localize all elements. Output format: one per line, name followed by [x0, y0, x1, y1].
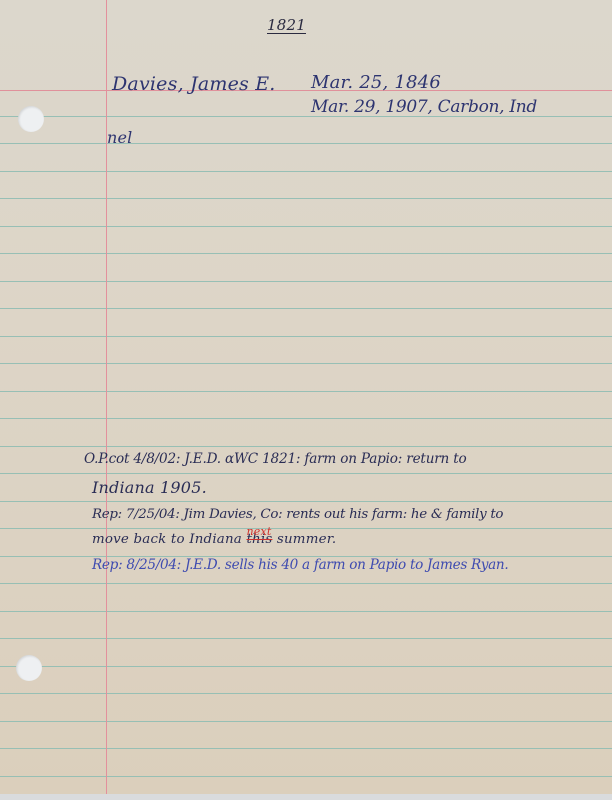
binder-hole: [18, 106, 44, 132]
note-2-line-2: move back to Indiana this next summer.: [92, 532, 336, 547]
ruled-line: [0, 143, 612, 144]
ruled-line: [0, 501, 612, 502]
binder-hole: [16, 655, 42, 681]
note-1-line-2: Indiana 1905.: [92, 478, 207, 497]
ruled-line: [0, 308, 612, 309]
record-note: nel: [107, 128, 133, 147]
note-3-line-1: Rep: 8/25/04: J.E.D. sells his 40 a farm…: [92, 557, 508, 573]
ruled-line: [0, 638, 612, 639]
page-title: 1821: [267, 16, 306, 34]
note-2-line-2-after: summer.: [277, 532, 336, 547]
ruled-line: [0, 528, 612, 529]
notebook-page: 1821 Davies, James E. Mar. 25, 1846 Mar.…: [0, 0, 612, 794]
ruled-line: [0, 363, 612, 364]
ruled-line: [0, 776, 612, 777]
ruled-line: [0, 226, 612, 227]
scan-edge: [0, 794, 612, 800]
ruled-line: [0, 721, 612, 722]
header-rule: [0, 90, 612, 91]
ruled-line: [0, 446, 612, 447]
ruled-line: [0, 171, 612, 172]
ruled-line: [0, 583, 612, 584]
note-2-line-1: Rep: 7/25/04: Jim Davies, Co: rents out …: [92, 507, 503, 522]
ruled-line: [0, 281, 612, 282]
death-date-place: Mar. 29, 1907, Carbon, Ind: [311, 97, 537, 117]
ruled-line: [0, 336, 612, 337]
record-name: Davies, James E.: [112, 73, 276, 95]
ruled-line: [0, 418, 612, 419]
note-2-line-2-before: move back to Indiana: [92, 532, 242, 547]
birth-date: Mar. 25, 1846: [311, 72, 441, 93]
ruled-line: [0, 611, 612, 612]
ruled-line: [0, 473, 612, 474]
ruled-line: [0, 198, 612, 199]
ruled-line: [0, 253, 612, 254]
red-correction: next: [246, 525, 271, 538]
ruled-line: [0, 391, 612, 392]
margin-line: [106, 0, 107, 794]
ruled-line: [0, 748, 612, 749]
note-1-line-1: O.P.cot 4/8/02: J.E.D. ɑWC 1821: farm on…: [84, 451, 466, 467]
ruled-line: [0, 666, 612, 667]
ruled-line: [0, 693, 612, 694]
